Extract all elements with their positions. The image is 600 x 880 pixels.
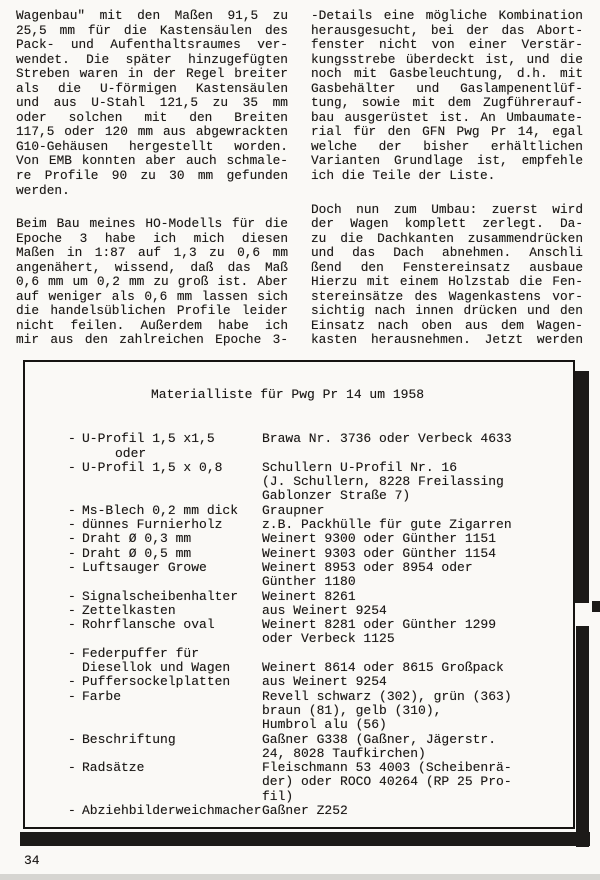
- page-edge-mark: [592, 601, 600, 612]
- material-source: braun (81), gelb (310),: [262, 704, 573, 718]
- material-row: der) oder ROCO 40264 (RP 25 Pro-: [25, 775, 573, 789]
- material-row-dash: -: [68, 547, 82, 561]
- text-line: stereinsätze des Wagenkastens vor-: [311, 290, 583, 305]
- material-row: -Puffersockelplattenaus Weinert 9254: [25, 675, 573, 689]
- body-column-left: Wagenbau" mit den Maßen 91,5 zu25,5 mm f…: [16, 9, 288, 348]
- material-row-dash: [68, 775, 82, 789]
- material-row: oder Verbeck 1125: [25, 632, 573, 646]
- material-item: Draht Ø 0,3 mm: [82, 532, 262, 546]
- material-source: (J. Schullern, 8228 Freilassing: [262, 475, 573, 489]
- material-source: aus Weinert 9254: [262, 604, 573, 618]
- material-source: Brawa Nr. 3736 oder Verbeck 4633: [262, 432, 573, 446]
- material-row: oder: [25, 447, 573, 461]
- text-line: 25,5 mm für die Kastensäulen des: [16, 24, 288, 39]
- text-line: Pack- und Aufenthaltsraumes ver-: [16, 38, 288, 53]
- material-source: fil): [262, 790, 573, 804]
- text-line: zu die Dachkanten zusammendrücken: [311, 232, 583, 247]
- material-source: Gaßner G338 (Gaßner, Jägerstr.: [262, 733, 573, 747]
- material-item: Puffersockelplatten: [82, 675, 262, 689]
- material-row: Diesellok und WagenWeinert 8614 oder 861…: [25, 661, 573, 675]
- material-item: Diesellok und Wagen: [82, 661, 262, 675]
- material-item: [82, 575, 262, 589]
- material-row-dash: [68, 718, 82, 732]
- material-row-dash: -: [68, 518, 82, 532]
- text-line: Epoche 3 habe ich mich diesen: [16, 232, 288, 247]
- material-row-dash: -: [68, 590, 82, 604]
- material-row: Humbrol alu (56): [25, 718, 573, 732]
- material-row: -Draht Ø 0,5 mmWeinert 9303 oder Günther…: [25, 547, 573, 561]
- material-row-dash: -: [68, 618, 82, 632]
- material-item: Draht Ø 0,5 mm: [82, 547, 262, 561]
- text-line: G10-Gehäusen hergestellt worden.: [16, 140, 288, 155]
- material-item: [82, 489, 262, 503]
- material-source: Weinert 9300 oder Günther 1151: [262, 532, 573, 546]
- material-source: 24, 8028 Taufkirchen): [262, 747, 573, 761]
- text-line: Streben waren in der Regel breiter: [16, 67, 288, 82]
- text-line: re Profile 90 zu 30 mm gefunden: [16, 169, 288, 184]
- text-line: Von EMB konnten aber auch schmale-: [16, 154, 288, 169]
- scan-edge-strip: [0, 874, 600, 880]
- text-line: wendet. Die später hinzugefügten: [16, 53, 288, 68]
- text-line: ich die Teile der Liste.: [311, 169, 583, 184]
- text-line: die handelsüblichen Profile leider: [16, 304, 288, 319]
- material-row: -Federpuffer für: [25, 647, 573, 661]
- material-source: Weinert 8953 oder 8954 oder: [262, 561, 573, 575]
- material-source: Fleischmann 53 4003 (Scheibenrä-: [262, 761, 573, 775]
- material-source: Gablonzer Straße 7): [262, 489, 573, 503]
- material-row-dash: [68, 790, 82, 804]
- text-line: tung, sowie mit dem Zugführerauf-: [311, 96, 583, 111]
- paragraph: Doch nun zum Umbau: zuerst wirdder Wagen…: [311, 203, 583, 348]
- materials-list-rows: -U-Profil 1,5 x1,5Brawa Nr. 3736 oder Ve…: [25, 432, 573, 818]
- text-line: 0,6 mm um 0,2 mm zu groß ist. Aber: [16, 275, 288, 290]
- material-row: -Luftsauger GroweWeinert 8953 oder 8954 …: [25, 561, 573, 575]
- box-shadow-right-lower: [576, 626, 589, 847]
- text-line: Beim Bau meines HO-Modells für die: [16, 217, 288, 232]
- material-item: [82, 704, 262, 718]
- text-line: kungsstrebe überdeckt ist, und die: [311, 53, 583, 68]
- page-number: 34: [24, 853, 40, 868]
- material-source: [262, 447, 573, 461]
- text-line: rial für den GFN Pwg Pr 14, egal: [311, 125, 583, 140]
- text-line: und das Dach abnehmen. Anschli: [311, 246, 583, 261]
- material-row: -U-Profil 1,5 x 0,8Schullern U-Profil Nr…: [25, 461, 573, 475]
- material-item: U-Profil 1,5 x1,5: [82, 432, 262, 446]
- material-source: Weinert 8614 oder 8615 Großpack: [262, 661, 573, 675]
- material-item: Ms-Blech 0,2 mm dick: [82, 504, 262, 518]
- text-line: Doch nun zum Umbau: zuerst wird: [311, 203, 583, 218]
- text-line: und aus U-Stahl 121,5 zu 35 mm: [16, 96, 288, 111]
- text-line: Einsatz nach oben aus dem Wagen-: [311, 319, 583, 334]
- material-row-dash: -: [68, 432, 82, 446]
- box-shadow-right-upper: [575, 371, 589, 603]
- material-item: Radsätze: [82, 761, 262, 775]
- text-line: Maßen in 1:87 auf 1,3 zu 0,6 mm: [16, 246, 288, 261]
- text-line: mir aus den zahlreichen Epoche 3-: [16, 333, 288, 348]
- material-source: Gaßner Z252: [262, 804, 573, 818]
- material-item: Farbe: [82, 690, 262, 704]
- material-row: fil): [25, 790, 573, 804]
- material-row: -dünnes Furnierholzz.B. Packhülle für gu…: [25, 518, 573, 532]
- material-source: oder Verbeck 1125: [262, 632, 573, 646]
- material-row: braun (81), gelb (310),: [25, 704, 573, 718]
- paragraph: Wagenbau" mit den Maßen 91,5 zu25,5 mm f…: [16, 9, 288, 198]
- text-line: -Details eine mögliche Kombination: [311, 9, 583, 24]
- text-line: fenster nicht von einer Verstär-: [311, 38, 583, 53]
- paragraph: -Details eine mögliche Kombinationheraus…: [311, 9, 583, 184]
- text-line: 117,5 oder 120 mm aus abgewrackten: [16, 125, 288, 140]
- body-column-right: -Details eine mögliche Kombinationheraus…: [311, 9, 583, 348]
- material-row-dash: [68, 704, 82, 718]
- material-row: -Draht Ø 0,3 mmWeinert 9300 oder Günther…: [25, 532, 573, 546]
- text-line: herausgesucht, bei der das Abort-: [311, 24, 583, 39]
- material-row: -RadsätzeFleischmann 53 4003 (Scheibenrä…: [25, 761, 573, 775]
- material-source: Revell schwarz (302), grün (363): [262, 690, 573, 704]
- text-line: sichtig nach innen drücken und den: [311, 304, 583, 319]
- material-row: -BeschriftungGaßner G338 (Gaßner, Jägers…: [25, 733, 573, 747]
- text-line: noch mit Gasbeleuchtung, d.h. mit: [311, 67, 583, 82]
- material-row-dash: [68, 632, 82, 646]
- material-item: Abziehbilderweichmacher: [82, 804, 262, 818]
- material-row-dash: -: [68, 647, 82, 661]
- scanned-magazine-page: { "page": { "number": "34" }, "columns":…: [0, 0, 600, 880]
- material-item: Luftsauger Growe: [82, 561, 262, 575]
- material-row-dash: -: [68, 532, 82, 546]
- material-item: Federpuffer für: [82, 647, 262, 661]
- text-line: Hierzu mit einem Holzstab die Fen-: [311, 275, 583, 290]
- material-row-dash: [68, 661, 82, 675]
- material-source: Graupner: [262, 504, 573, 518]
- material-row: Günther 1180: [25, 575, 573, 589]
- material-source: Weinert 9303 oder Günther 1154: [262, 547, 573, 561]
- material-source: aus Weinert 9254: [262, 675, 573, 689]
- text-line: werden.: [16, 184, 288, 199]
- material-row-dash: -: [68, 461, 82, 475]
- material-row-dash: [68, 475, 82, 489]
- material-item: [82, 632, 262, 646]
- text-line: bau ausgerüstet ist. An Umbaumate-: [311, 111, 583, 126]
- text-line: kasten herausnehmen. Jetzt werden: [311, 333, 583, 348]
- material-source: Humbrol alu (56): [262, 718, 573, 732]
- material-row: -Zettelkastenaus Weinert 9254: [25, 604, 573, 618]
- material-item: Beschriftung: [82, 733, 262, 747]
- material-item: oder: [82, 447, 262, 461]
- material-item: Signalscheibenhalter: [82, 590, 262, 604]
- material-row-dash: -: [68, 761, 82, 775]
- material-row-dash: [68, 489, 82, 503]
- material-item: U-Profil 1,5 x 0,8: [82, 461, 262, 475]
- text-line: angenähert, wissend, daß das Maß: [16, 261, 288, 276]
- material-source: z.B. Packhülle für gute Zigarren: [262, 518, 573, 532]
- material-source: Weinert 8261: [262, 590, 573, 604]
- material-row: -U-Profil 1,5 x1,5Brawa Nr. 3736 oder Ve…: [25, 432, 573, 446]
- material-row: (J. Schullern, 8228 Freilassing: [25, 475, 573, 489]
- material-row-dash: -: [68, 504, 82, 518]
- material-source: der) oder ROCO 40264 (RP 25 Pro-: [262, 775, 573, 789]
- material-item: [82, 475, 262, 489]
- materials-list-title: Materialliste für Pwg Pr 14 um 1958: [25, 388, 573, 402]
- material-item: [82, 747, 262, 761]
- material-item: [82, 790, 262, 804]
- material-source: Günther 1180: [262, 575, 573, 589]
- paragraph: Beim Bau meines HO-Modells für dieEpoche…: [16, 217, 288, 348]
- box-shadow-bottom: [20, 832, 590, 846]
- text-line: als die U-förmigen Kastensäulen: [16, 82, 288, 97]
- material-item: [82, 775, 262, 789]
- text-line: auf weniger als 0,6 mm lassen sich: [16, 290, 288, 305]
- material-row-dash: [68, 575, 82, 589]
- material-row-dash: -: [68, 733, 82, 747]
- material-row: Gablonzer Straße 7): [25, 489, 573, 503]
- material-source: Weinert 8281 oder Günther 1299: [262, 618, 573, 632]
- material-item: Rohrflansche oval: [82, 618, 262, 632]
- material-row: -Ms-Blech 0,2 mm dickGraupner: [25, 504, 573, 518]
- material-item: dünnes Furnierholz: [82, 518, 262, 532]
- material-row: -FarbeRevell schwarz (302), grün (363): [25, 690, 573, 704]
- text-line: der Wagen komplett zerlegt. Da-: [311, 217, 583, 232]
- materials-list-box: Materialliste für Pwg Pr 14 um 1958 -U-P…: [23, 360, 575, 829]
- material-source: [262, 647, 573, 661]
- text-line: Varianten Grundlage ist, empfehle: [311, 154, 583, 169]
- text-line: welche der bisher erhältlichen: [311, 140, 583, 155]
- material-row-dash: -: [68, 561, 82, 575]
- material-source: Schullern U-Profil Nr. 16: [262, 461, 573, 475]
- text-line: ßend den Fenstereinsatz ausbaue: [311, 261, 583, 276]
- material-row-dash: [68, 747, 82, 761]
- text-line: Wagenbau" mit den Maßen 91,5 zu: [16, 9, 288, 24]
- text-line: Gasbehälter und Gaslampenentlüf-: [311, 82, 583, 97]
- material-row-dash: -: [68, 604, 82, 618]
- text-line: oder solchen mit den Breiten: [16, 111, 288, 126]
- material-row: 24, 8028 Taufkirchen): [25, 747, 573, 761]
- material-row: -AbziehbilderweichmacherGaßner Z252: [25, 804, 573, 818]
- material-row-dash: -: [68, 675, 82, 689]
- material-row-dash: -: [68, 690, 82, 704]
- material-row-dash: [68, 447, 82, 461]
- material-row: -SignalscheibenhalterWeinert 8261: [25, 590, 573, 604]
- material-item: Zettelkasten: [82, 604, 262, 618]
- text-line: nicht feilen. Außerdem habe ich: [16, 319, 288, 334]
- material-row-dash: -: [68, 804, 82, 818]
- material-row: -Rohrflansche ovalWeinert 8281 oder Günt…: [25, 618, 573, 632]
- material-item: [82, 718, 262, 732]
